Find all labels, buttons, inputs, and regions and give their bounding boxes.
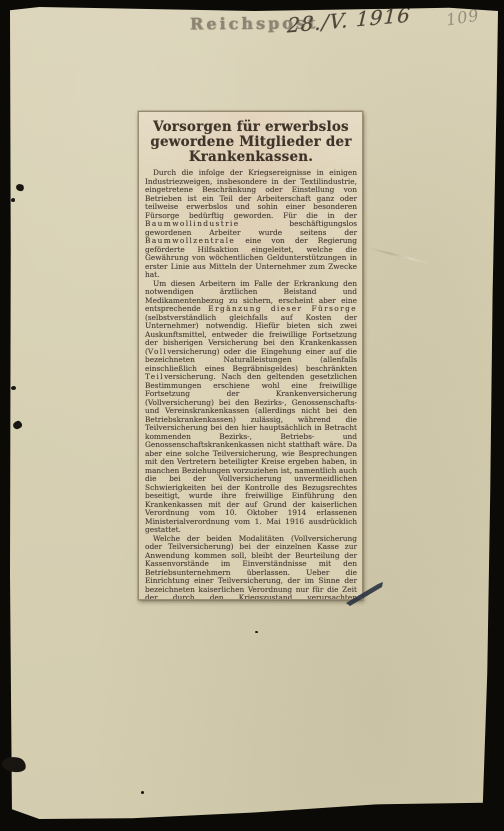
article-body: Durch die infolge der Kriegsereignisse i… [145,169,357,600]
article-paragraph: Durch die infolge der Kriegsereignisse i… [145,169,357,280]
headline-line: Vorsorgen für erwerbslos [145,120,357,135]
clipping-headline: Vorsorgen für erwerbslos gewordene Mitgl… [145,120,357,165]
ink-spot [141,791,144,794]
album-page: Reichspost 28./V. 1916 109 Vorsorgen für… [10,7,498,819]
ink-spot [12,420,23,430]
pen-mark [346,582,388,606]
ink-spot [15,183,25,193]
headline-line: Krankenkassen. [145,150,357,165]
headline-line: gewordene Mitglieder der [145,135,357,150]
scan-background: Reichspost 28./V. 1916 109 Vorsorgen für… [0,0,504,831]
paper-crease [369,247,432,264]
ink-spot [11,386,16,390]
article-paragraph: Welche der beiden Modalitäten (Vollversi… [145,535,357,601]
ink-spot [255,631,258,633]
handwritten-date: 28./V. 1916 [287,2,412,37]
ink-spot [11,198,15,202]
newspaper-clipping: Vorsorgen für erwerbslos gewordene Mitgl… [138,111,363,600]
article-paragraph: Um diesen Arbeitern im Falle der Erkrank… [145,280,357,535]
page-number: 109 [445,5,481,29]
